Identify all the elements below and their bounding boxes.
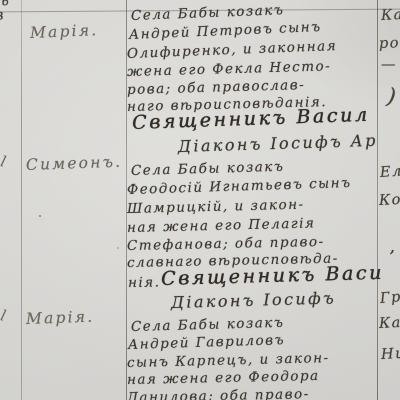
parents-text-line: нія. xyxy=(128,274,161,291)
ink-speck xyxy=(39,215,41,217)
godparents-fragment: Каза xyxy=(379,314,400,332)
godparents-fragment: ’ xyxy=(389,247,396,268)
parents-text-line: Шамрицкій, и закон- xyxy=(127,197,305,217)
column-rule-right xyxy=(377,0,378,400)
deacon-signature: Діаконъ Іосифъ xyxy=(171,288,337,312)
margin-tick: l xyxy=(0,152,8,171)
godparents-fragment: Ник xyxy=(381,345,400,363)
parents-text-line: ная жена его Феодора xyxy=(127,368,320,388)
child-name: Марія. xyxy=(26,308,95,328)
godparents-fragment: — xyxy=(381,57,397,73)
godparents-fragment: ров xyxy=(379,35,400,52)
margin-tick: l xyxy=(0,306,8,325)
parents-text-line: Села Бабы козакъ xyxy=(131,159,285,179)
parents-text-line: Данилова; оба право- xyxy=(127,386,310,400)
godparents-fragment: Елис xyxy=(379,162,400,181)
column-rule-left xyxy=(21,0,22,400)
godparents-fragment: Коел xyxy=(379,191,400,209)
godparents-fragment: ) xyxy=(385,84,398,110)
parents-text-line: Феодосій Игнатьевъ сынъ xyxy=(127,175,352,198)
ink-speck xyxy=(117,247,119,249)
godparents-fragment: Грин xyxy=(379,287,400,307)
godparents-fragment: Каза xyxy=(381,6,400,24)
parents-text-line: Андрей Гавриловъ xyxy=(128,332,285,353)
deacon-signature: Діаконъ Іосифъ Ар xyxy=(178,131,378,156)
parents-text-line: ная жена его Пелагія xyxy=(127,215,316,236)
margin-fragment: в xyxy=(0,7,5,24)
child-name: Марія. xyxy=(30,21,99,42)
child-name: Симеонъ. xyxy=(26,153,123,174)
register-scan-page: ѣ в l l Марія. Села Бабы козакъ Андрей П… xyxy=(0,0,400,400)
